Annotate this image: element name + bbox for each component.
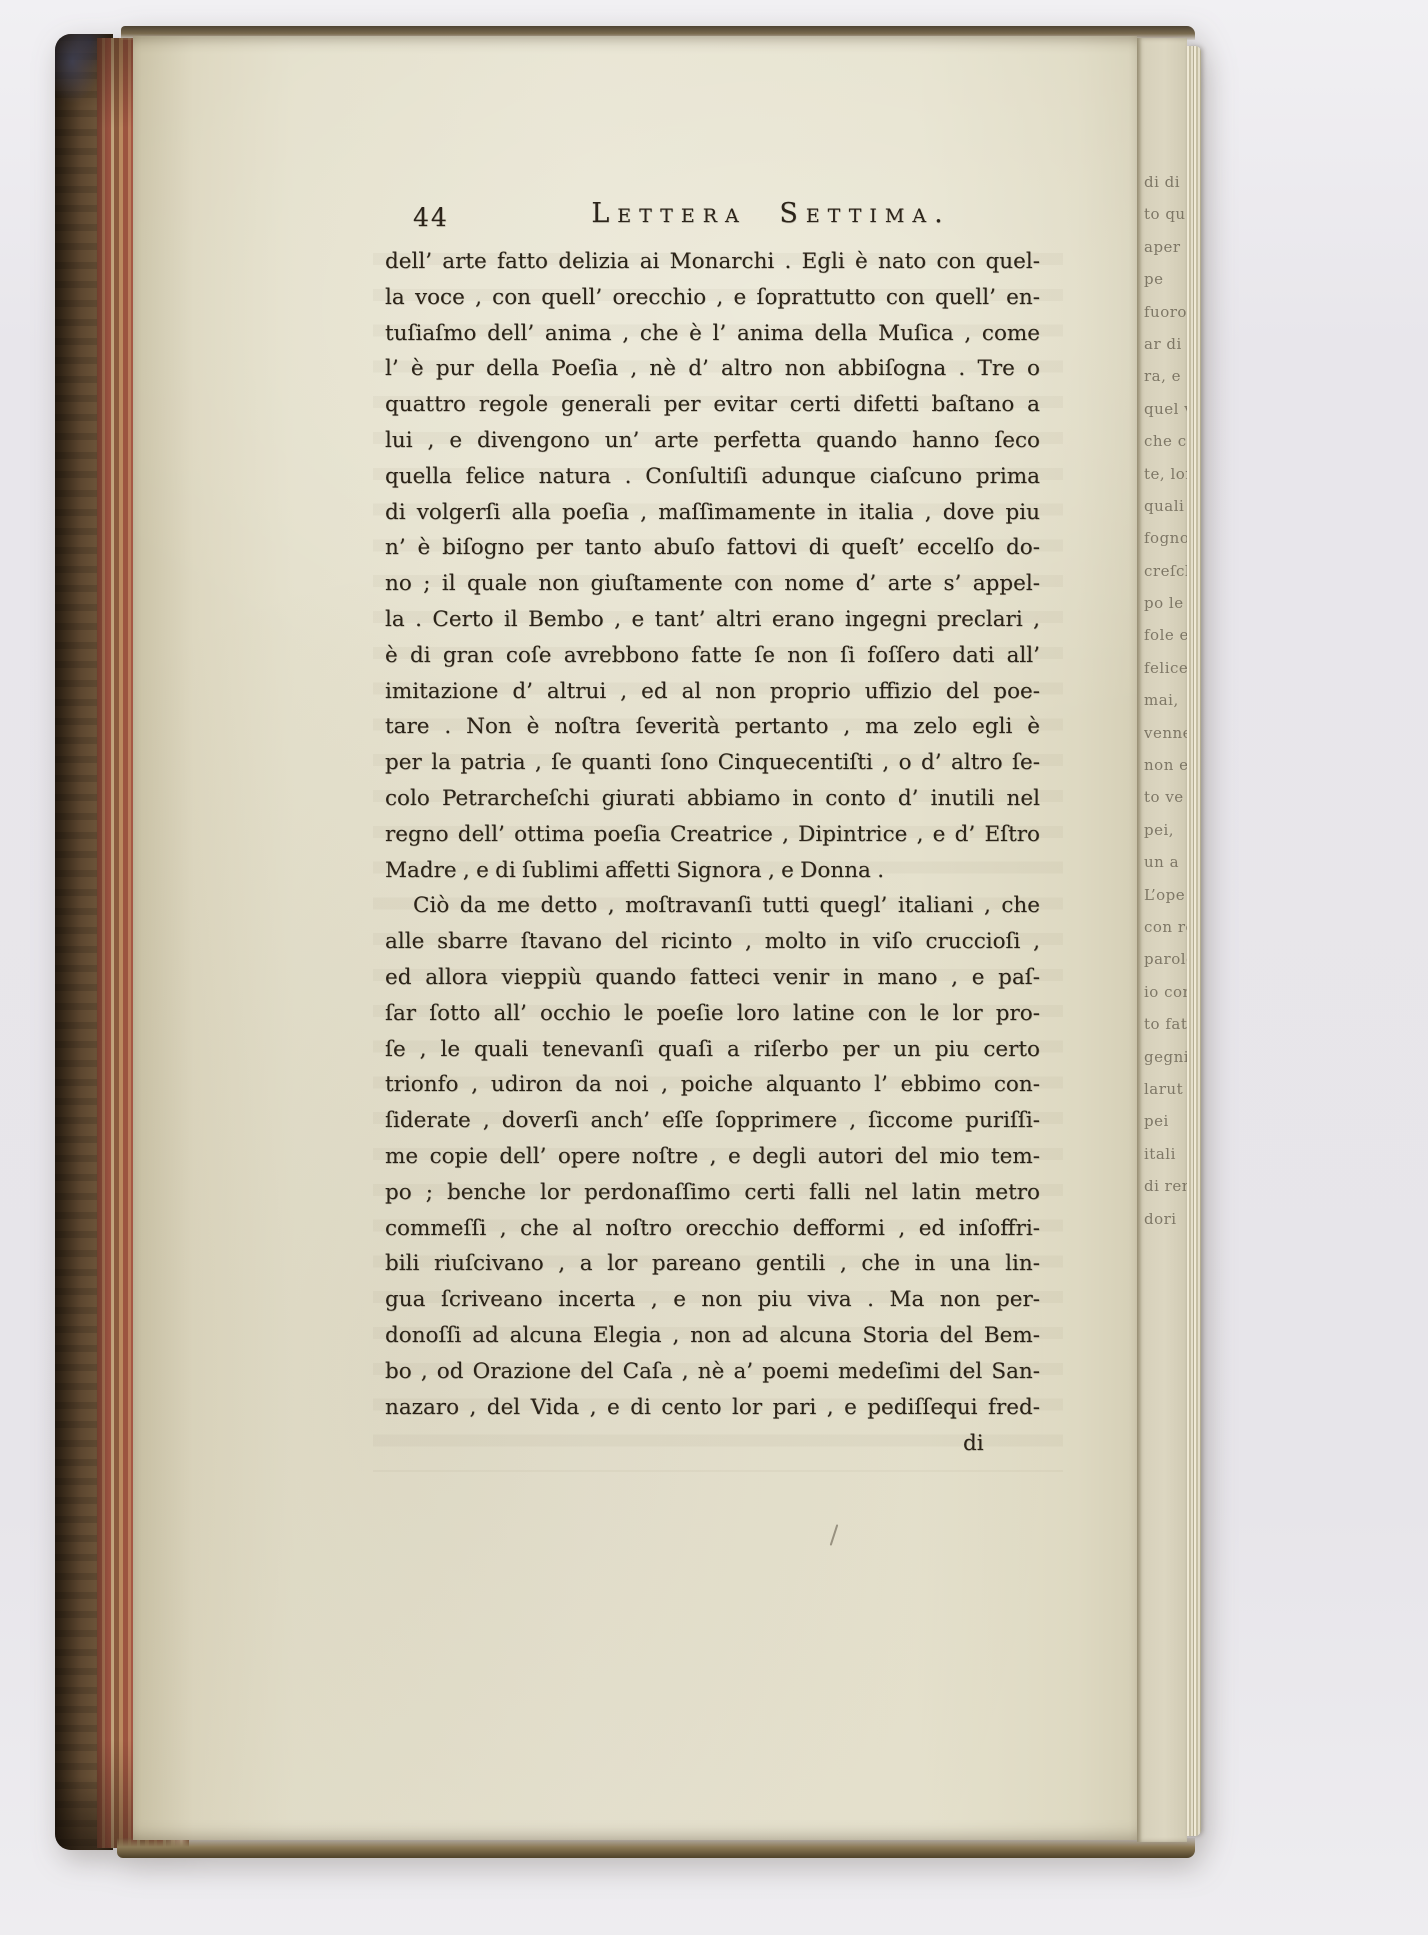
- next-page-text-fragment: po le: [1144, 587, 1187, 619]
- next-page-text-fragment: creſche: [1144, 555, 1187, 587]
- next-page-text-fragment: fuoro: [1144, 296, 1187, 328]
- catchword: di: [963, 1427, 1040, 1461]
- next-page-text-fragment: larut: [1144, 1073, 1187, 1105]
- text-line: donoſſi ad alcuna Elegia , non ad alcuna…: [385, 1318, 1040, 1354]
- text-line: regno dell’ ottima poeſia Creatrice , Di…: [385, 817, 1040, 853]
- text-line: è di gran coſe avrebbono fatte ſe non ſi…: [385, 638, 1040, 674]
- ink-mark: [830, 1524, 839, 1546]
- text-line: ſe , le quali tenevanſi quaſi a riſerbo …: [385, 1032, 1040, 1068]
- book-scan-page: 44 Lettera Settima. dell’ arte fatto del…: [0, 0, 1428, 1935]
- next-page-text-fragment: pei: [1144, 1105, 1187, 1137]
- next-page-text-fragment: non er: [1144, 749, 1187, 781]
- text-line: nazaro , del Vida , e di cento lor pari …: [385, 1390, 1040, 1426]
- text-line: commeſſi , che al noſtro orecchio deffor…: [385, 1211, 1040, 1247]
- next-page-text-fragment: pe: [1144, 263, 1187, 295]
- next-page-text-fragment: di ren: [1144, 1170, 1187, 1202]
- next-page-text-fragment: fogno: [1144, 522, 1187, 554]
- text-line: quella felice natura . Conſultiſi adunqu…: [385, 459, 1040, 495]
- text-line: ſar ſotto all’ occhio le poeſie loro lat…: [385, 996, 1040, 1032]
- next-page-text-fragment: quel ve: [1144, 393, 1187, 425]
- next-page-fragments: di dito quaperpefuoroar dira, equel vech…: [1144, 166, 1187, 1235]
- text-line: lui , e divengono un’ arte perfetta quan…: [385, 423, 1040, 459]
- text-line: la voce , con quell’ orecchio , e ſoprat…: [385, 280, 1040, 316]
- text-line: Madre , e di ſublimi affetti Signora , e…: [385, 853, 1040, 889]
- next-page-text-fragment: to fati: [1144, 1008, 1187, 1040]
- next-page-text-fragment: gegni,: [1144, 1041, 1187, 1073]
- text-line: ed allora vieppiù quando fatteci venir i…: [385, 960, 1040, 996]
- next-page-text-fragment: quali: [1144, 490, 1187, 522]
- text-line: per la patria , ſe quanti ſono Cinquecen…: [385, 745, 1040, 781]
- page-stack-edge: [1187, 46, 1201, 1836]
- book: 44 Lettera Settima. dell’ arte fatto del…: [55, 26, 1201, 1860]
- text-line: imitazione d’ altrui , ed al non proprio…: [385, 674, 1040, 710]
- text-line: la . Certo il Bembo , e tant’ altri eran…: [385, 602, 1040, 638]
- book-bottom-edge: [117, 1838, 1195, 1858]
- body-text: dell’ arte fatto delizia ai Monarchi . E…: [385, 244, 1040, 1425]
- text-line: Ciò da me detto , moſtravanſi tutti queg…: [385, 888, 1040, 924]
- next-page-text-fragment: di di: [1144, 166, 1187, 198]
- text-line: l’ è pur della Poeſia , nè d’ altro non …: [385, 351, 1040, 387]
- text-line: bo , od Orazione del Caſa , nè a’ poemi …: [385, 1354, 1040, 1390]
- text-line: alle sbarre ſtavano del ricinto , molto …: [385, 924, 1040, 960]
- next-page-text-fragment: pei,: [1144, 814, 1187, 846]
- text-line: di volgerſi alla poeſia , maſſimamente i…: [385, 495, 1040, 531]
- text-line: bili riuſcivano , a lor pareano gentili …: [385, 1246, 1040, 1282]
- book-page: 44 Lettera Settima. dell’ arte fatto del…: [133, 36, 1137, 1840]
- text-line: tuſiaſmo dell’ anima , che è l’ anima de…: [385, 316, 1040, 352]
- text-line: trionfo , udiron da noi , poiche alquant…: [385, 1067, 1040, 1103]
- next-page-text-fragment: felice: [1144, 652, 1187, 684]
- page-header: 44 Lettera Settima.: [385, 198, 1040, 238]
- text-line: me copie dell’ opere noſtre , e degli au…: [385, 1139, 1040, 1175]
- next-page-edge: di dito quaperpefuoroar dira, equel vech…: [1137, 38, 1187, 1842]
- page-number: 44: [413, 203, 449, 232]
- text-line: gua ſcriveano incerta , e non piu viva .…: [385, 1282, 1040, 1318]
- next-page-text-fragment: un a: [1144, 846, 1187, 878]
- next-page-text-fragment: aper: [1144, 231, 1187, 263]
- text-line: n’ è biſogno per tanto abuſo fattovi di …: [385, 530, 1040, 566]
- catchword-row: di: [385, 1426, 1040, 1461]
- next-page-text-fragment: che co: [1144, 425, 1187, 457]
- next-page-text-fragment: to qu: [1144, 198, 1187, 230]
- next-page-text-fragment: fole ed: [1144, 619, 1187, 651]
- text-line: po ; benche lor perdonaſſimo certi falli…: [385, 1175, 1040, 1211]
- next-page-text-fragment: io con: [1144, 976, 1187, 1008]
- next-page-text-fragment: ar di: [1144, 328, 1187, 360]
- next-page-text-fragment: con re: [1144, 911, 1187, 943]
- text-line: colo Petrarcheſchi giurati abbiamo in co…: [385, 781, 1040, 817]
- running-title: Lettera Settima.: [481, 198, 1061, 229]
- next-page-text-fragment: ra, e: [1144, 360, 1187, 392]
- next-page-text-fragment: itali: [1144, 1138, 1187, 1170]
- next-page-text-fragment: mai,: [1144, 684, 1187, 716]
- next-page-text-fragment: te, lor: [1144, 458, 1187, 490]
- next-page-text-fragment: venne: [1144, 717, 1187, 749]
- next-page-text-fragment: dori: [1144, 1203, 1187, 1235]
- next-page-text-fragment: L’ope: [1144, 879, 1187, 911]
- text-line: dell’ arte fatto delizia ai Monarchi . E…: [385, 244, 1040, 280]
- text-line: no ; il quale non giuſtamente con nome d…: [385, 566, 1040, 602]
- text-line: quattro regole generali per evitar certi…: [385, 387, 1040, 423]
- text-line: tare . Non è noſtra ſeverità pertanto , …: [385, 709, 1040, 745]
- next-page-text-fragment: to ve: [1144, 781, 1187, 813]
- next-page-text-fragment: parole: [1144, 943, 1187, 975]
- text-line: ſiderate , doverſi anch’ eſſe ſopprimere…: [385, 1103, 1040, 1139]
